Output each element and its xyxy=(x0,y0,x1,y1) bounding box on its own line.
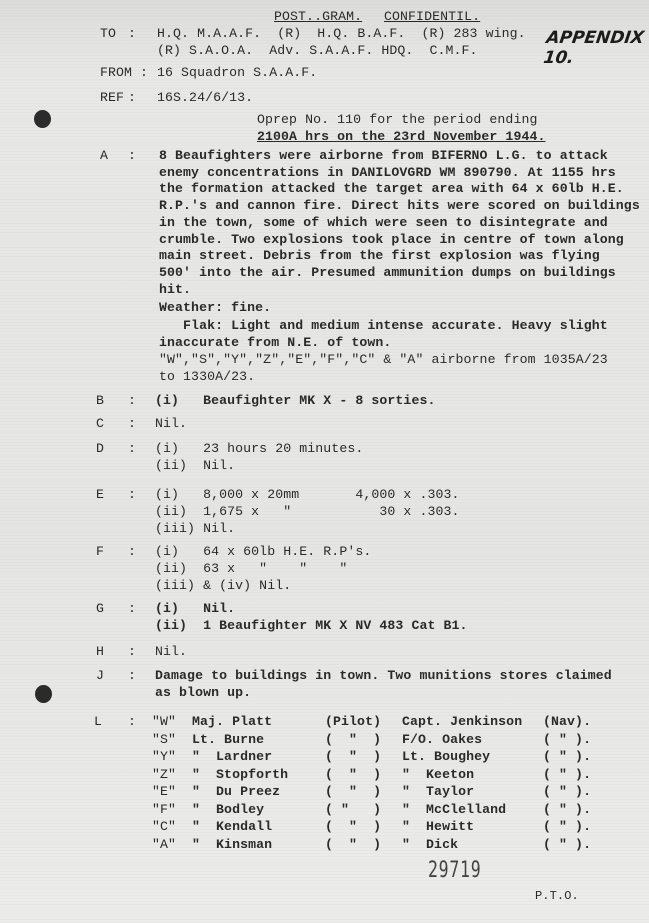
section-e-line: (iii) Nil. xyxy=(155,520,235,537)
section-letter-j: J xyxy=(96,667,104,684)
section-a-line: crumble. Two explosions took place in ce… xyxy=(159,231,624,248)
crew-pilot-name: " Du Preez xyxy=(192,783,280,800)
crew-pilot-name: " Bodley xyxy=(192,801,264,818)
crew-navigator-role: ( " ). xyxy=(543,801,591,818)
crew-aircraft-letter: "S" xyxy=(152,731,176,748)
section-a-line: the formation attacked the target area w… xyxy=(159,180,624,197)
crew-aircraft-letter: "A" xyxy=(152,836,176,853)
crew-navigator-name: " McClelland xyxy=(402,801,506,818)
crew-pilot-role: (Pilot) xyxy=(325,713,381,730)
crew-pilot-role: ( " ) xyxy=(325,766,381,783)
section-c-line: Nil. xyxy=(155,415,187,432)
ref-value: 16S.24/6/13. xyxy=(157,89,253,106)
crew-pilot-name: " Kendall xyxy=(192,818,272,835)
section-letter-f: F xyxy=(96,543,104,560)
crew-pilot-name: " Stopforth xyxy=(192,766,288,783)
ref-label: REF xyxy=(100,89,124,106)
section-j-line: as blown up. xyxy=(155,684,251,701)
section-a-line: R.P.'s and cannon fire. Direct hits were… xyxy=(159,197,640,214)
section-f-line: (i) 64 x 60lb H.E. R.P's. xyxy=(155,543,371,560)
punch-hole xyxy=(34,110,51,128)
crew-pilot-role: ( " ) xyxy=(325,783,381,800)
section-e-line: (ii) 1,675 x " 30 x .303. xyxy=(155,503,460,520)
crew-navigator-name: " Dick xyxy=(402,836,458,853)
crew-navigator-name: Lt. Boughey xyxy=(402,748,490,765)
crew-aircraft-letter: "Y" xyxy=(152,748,176,765)
punch-hole xyxy=(35,685,52,703)
subject-line-2: 2100A hrs on the 23rd November 1944. xyxy=(257,128,546,145)
crew-pilot-name: " Lardner xyxy=(192,748,272,765)
crew-navigator-role: ( " ). xyxy=(543,836,591,853)
colon: : xyxy=(128,392,136,409)
section-letter-c: C xyxy=(96,415,104,432)
crew-navigator-name: F/O. Oakes xyxy=(402,731,482,748)
colon: : xyxy=(128,643,136,660)
crew-navigator-role: ( " ). xyxy=(543,766,591,783)
section-f-line: (ii) 63 x " " " xyxy=(155,560,347,577)
colon: : xyxy=(128,89,136,106)
crew-aircraft-letter: "C" xyxy=(152,818,176,835)
section-g-line: (ii) 1 Beaufighter MK X NV 483 Cat B1. xyxy=(155,617,468,634)
crew-pilot-role: ( " ) xyxy=(325,731,381,748)
crew-pilot-name: Lt. Burne xyxy=(192,731,264,748)
section-letter-a: A xyxy=(100,147,108,164)
section-f-line: (iii) & (iv) Nil. xyxy=(155,577,291,594)
crew-navigator-name: " Taylor xyxy=(402,783,474,800)
please-turn-over: P.T.O. xyxy=(535,888,579,905)
crew-pilot-name: Maj. Platt xyxy=(192,713,272,730)
colon: : xyxy=(128,543,136,560)
document-page: POST..GRAM. CONFIDENTIL. APPENDIX 10. TO… xyxy=(0,0,649,923)
crew-aircraft-letter: "Z" xyxy=(152,766,176,783)
section-letter-e: E xyxy=(96,486,104,503)
from-value: 16 Squadron S.A.A.F. xyxy=(157,64,317,81)
section-a-line: 500' into the air. Presumed ammunition d… xyxy=(159,264,616,281)
flak-line: Flak: Light and medium intense accurate.… xyxy=(159,317,608,334)
section-d-line: (ii) Nil. xyxy=(155,457,235,474)
section-a-line: enemy concentrations in DANILOVGRD WM 89… xyxy=(159,164,616,181)
section-g-line: (i) Nil. xyxy=(155,600,235,617)
section-letter-d: D xyxy=(96,440,104,457)
section-a-line: in the town, some of which were seen to … xyxy=(159,214,608,231)
section-j-line: Damage to buildings in town. Two munitio… xyxy=(155,667,612,684)
section-d-line: (i) 23 hours 20 minutes. xyxy=(155,440,363,457)
colon: : xyxy=(128,600,136,617)
colon: : xyxy=(128,147,136,164)
section-b-line: (i) Beaufighter MK X - 8 sorties. xyxy=(155,392,435,409)
subject-line-1: Oprep No. 110 for the period ending xyxy=(257,111,537,128)
crew-pilot-role: ( " ) xyxy=(325,818,381,835)
section-a-line: 8 Beaufighters were airborne from BIFERN… xyxy=(159,147,608,164)
section-h-line: Nil. xyxy=(155,643,187,660)
from-label: FROM xyxy=(100,64,132,81)
appendix-handwritten-note: APPENDIX 10. xyxy=(542,28,649,68)
colon: : xyxy=(128,415,136,432)
crew-pilot-role: ( " ) xyxy=(325,836,381,853)
crew-aircraft-letter: "W" xyxy=(152,713,176,730)
crew-aircraft-letter: "F" xyxy=(152,801,176,818)
to-line-1: H.Q. M.A.A.F. (R) H.Q. B.A.F. (R) 283 wi… xyxy=(157,25,526,42)
to-line-2: (R) S.A.O.A. Adv. S.A.A.F. HDQ. C.M.F. xyxy=(157,42,478,59)
airborne-times-line: "W","S","Y","Z","E","F","C" & "A" airbor… xyxy=(159,351,608,368)
postagram-title: POST..GRAM. xyxy=(274,8,362,25)
colon: : xyxy=(140,64,148,81)
crew-pilot-role: ( " ) xyxy=(325,801,381,818)
section-a-line: main street. Debris from the first explo… xyxy=(159,247,600,264)
section-letter-b: B xyxy=(96,392,104,409)
crew-pilot-role: ( " ) xyxy=(325,748,381,765)
flak-line: inaccurate from N.E. of town. xyxy=(159,334,391,351)
classification-label: CONFIDENTIL. xyxy=(384,8,480,25)
crew-pilot-name: " Kinsman xyxy=(192,836,272,853)
colon: : xyxy=(128,713,136,730)
archive-stamp-number: 29719 xyxy=(428,858,481,883)
section-letter-h: H xyxy=(96,643,104,660)
section-letter-g: G xyxy=(96,600,104,617)
crew-navigator-role: (Nav). xyxy=(543,713,591,730)
section-e-line: (i) 8,000 x 20mm 4,000 x .303. xyxy=(155,486,460,503)
section-letter-l: L xyxy=(94,713,102,730)
crew-aircraft-letter: "E" xyxy=(152,783,176,800)
colon: : xyxy=(128,486,136,503)
colon: : xyxy=(128,667,136,684)
crew-navigator-role: ( " ). xyxy=(543,783,591,800)
crew-navigator-role: ( " ). xyxy=(543,748,591,765)
colon: : xyxy=(128,25,136,42)
section-a-line: hit. xyxy=(159,281,191,298)
colon: : xyxy=(128,440,136,457)
weather-line: Weather: fine. xyxy=(159,299,271,316)
crew-navigator-name: Capt. Jenkinson xyxy=(402,713,522,730)
crew-navigator-name: " Keeton xyxy=(402,766,474,783)
airborne-times-line: to 1330A/23. xyxy=(159,368,255,385)
to-label: TO xyxy=(100,25,116,42)
crew-navigator-name: " Hewitt xyxy=(402,818,474,835)
crew-navigator-role: ( " ). xyxy=(543,818,591,835)
crew-navigator-role: ( " ). xyxy=(543,731,591,748)
